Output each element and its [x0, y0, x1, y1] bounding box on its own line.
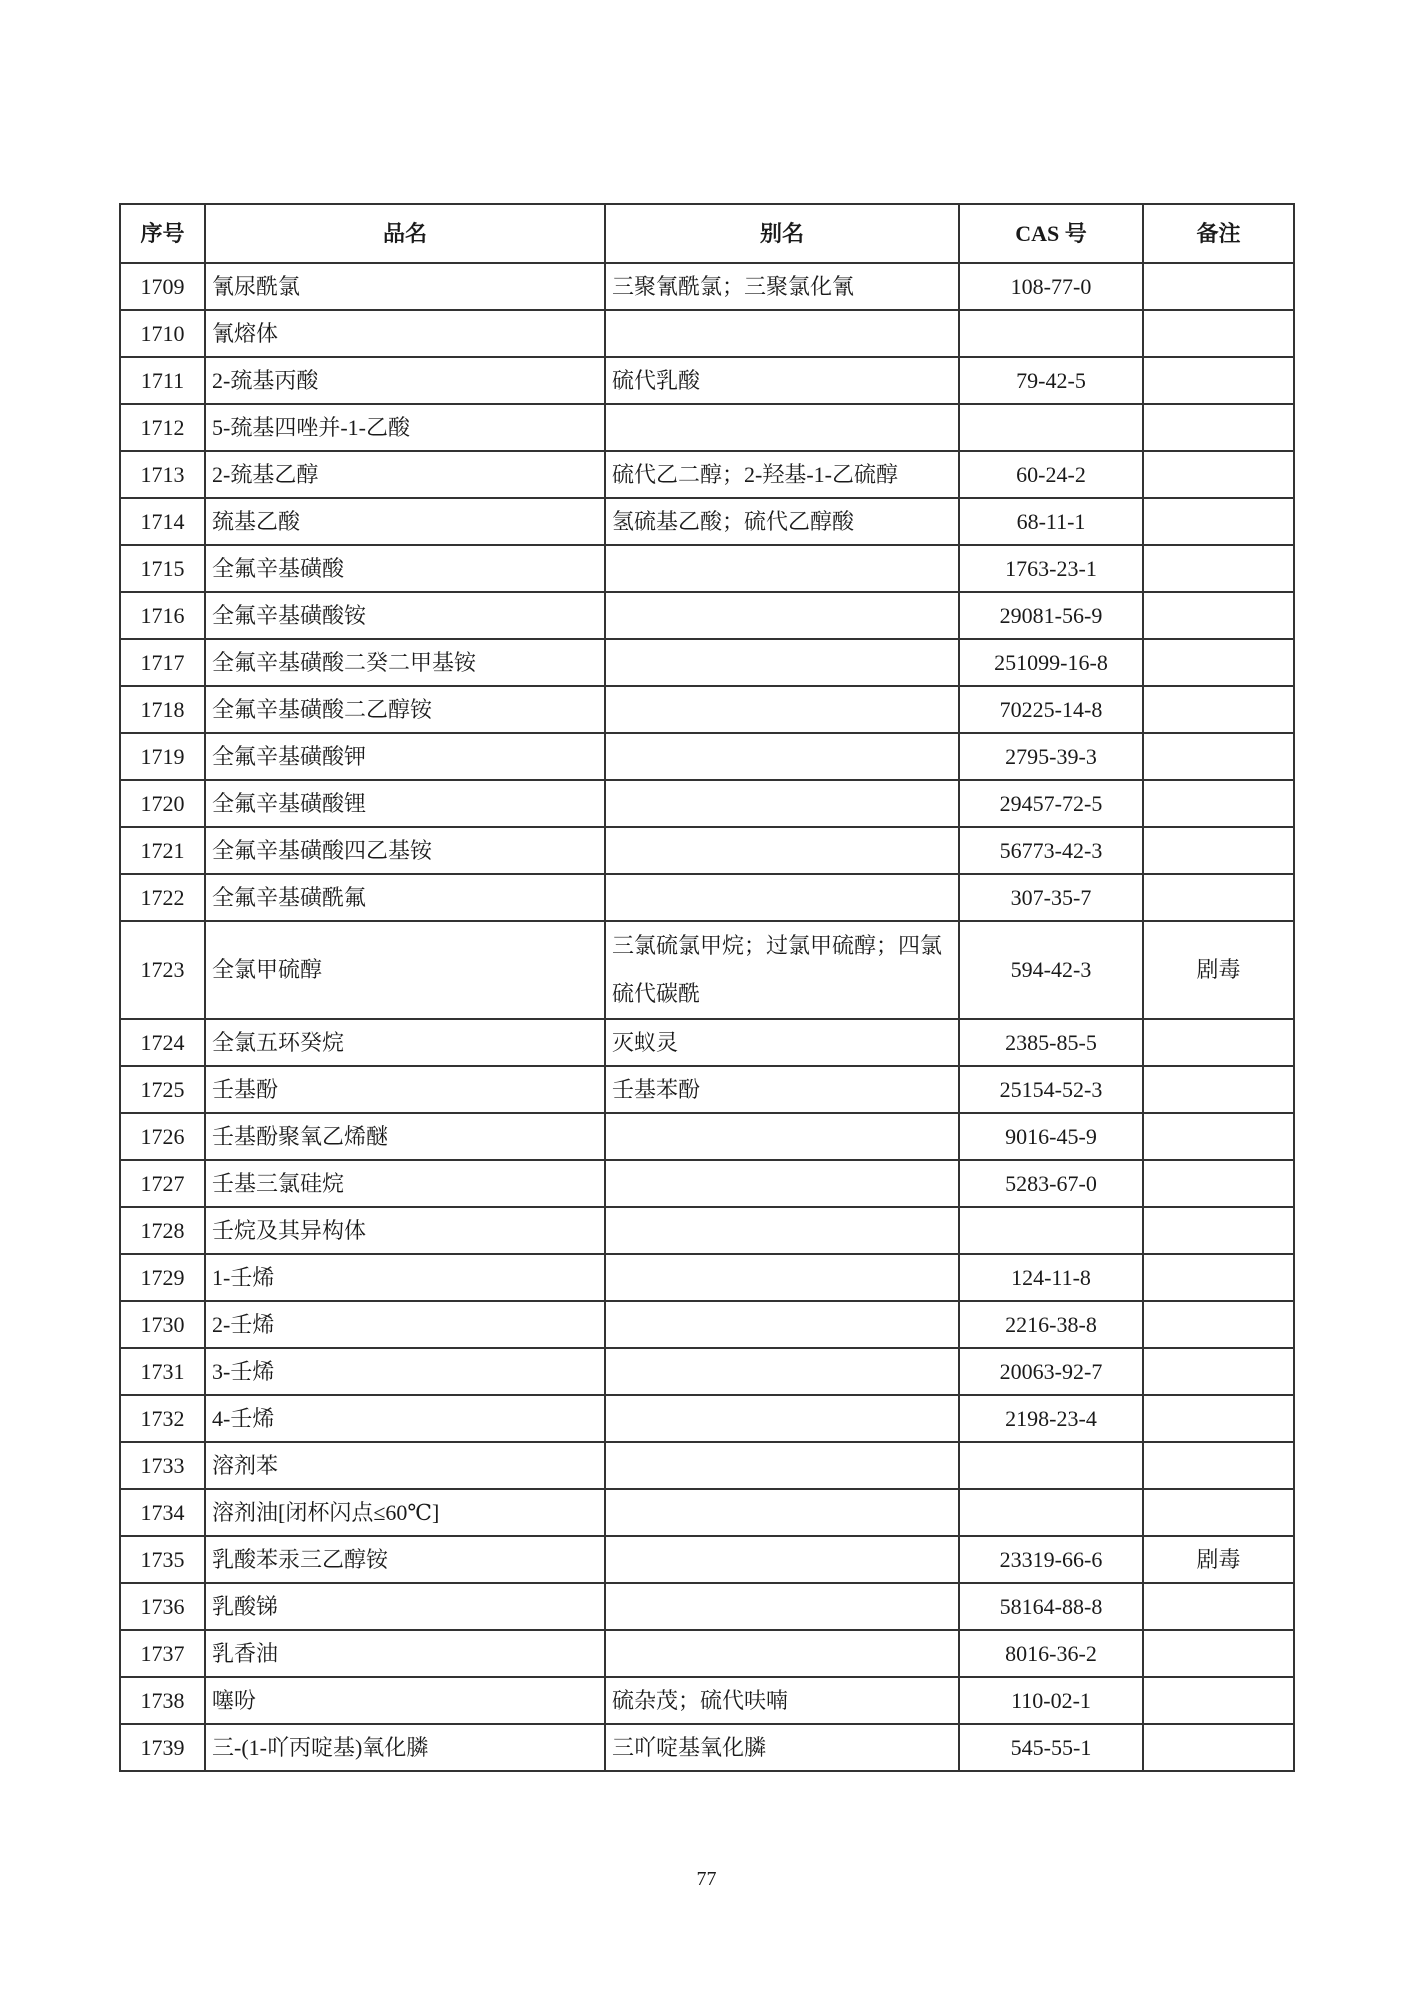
table-row: 1728壬烷及其异构体 [120, 1207, 1294, 1254]
cell-alias: 壬基苯酚 [605, 1066, 959, 1113]
cell-index: 1728 [120, 1207, 205, 1254]
cell-note [1143, 1630, 1294, 1677]
cell-name: 1-壬烯 [205, 1254, 605, 1301]
cell-index: 1731 [120, 1348, 205, 1395]
cell-alias [605, 1113, 959, 1160]
cell-note [1143, 1301, 1294, 1348]
table-row: 1727壬基三氯硅烷5283-67-0 [120, 1160, 1294, 1207]
cell-index: 1717 [120, 639, 205, 686]
cell-cas: 110-02-1 [959, 1677, 1143, 1724]
table-row: 1739三-(1-吖丙啶基)氧化膦三吖啶基氧化膦545-55-1 [120, 1724, 1294, 1771]
cell-note [1143, 1019, 1294, 1066]
cell-note [1143, 498, 1294, 545]
cell-index: 1733 [120, 1442, 205, 1489]
table-row: 1721全氟辛基磺酸四乙基铵56773-42-3 [120, 827, 1294, 874]
cell-alias [605, 1536, 959, 1583]
header-name: 品名 [205, 204, 605, 263]
cell-name: 3-壬烯 [205, 1348, 605, 1395]
cell-note [1143, 1113, 1294, 1160]
cell-note [1143, 263, 1294, 310]
cell-cas: 68-11-1 [959, 498, 1143, 545]
cell-index: 1735 [120, 1536, 205, 1583]
cell-alias: 氢硫基乙酸；硫代乙醇酸 [605, 498, 959, 545]
cell-index: 1715 [120, 545, 205, 592]
table-row: 1722全氟辛基磺酰氟307-35-7 [120, 874, 1294, 921]
cell-name: 2-壬烯 [205, 1301, 605, 1348]
cell-cas: 29081-56-9 [959, 592, 1143, 639]
cell-note [1143, 827, 1294, 874]
cell-index: 1716 [120, 592, 205, 639]
table-row: 1717全氟辛基磺酸二癸二甲基铵251099-16-8 [120, 639, 1294, 686]
table-row: 17112-巯基丙酸硫代乳酸79-42-5 [120, 357, 1294, 404]
cell-cas: 594-42-3 [959, 921, 1143, 1019]
table-row: 1719全氟辛基磺酸钾2795-39-3 [120, 733, 1294, 780]
cell-index: 1720 [120, 780, 205, 827]
cell-alias [605, 1254, 959, 1301]
cell-cas: 23319-66-6 [959, 1536, 1143, 1583]
cell-name: 全氟辛基磺酸四乙基铵 [205, 827, 605, 874]
cell-note [1143, 357, 1294, 404]
table-row: 17324-壬烯2198-23-4 [120, 1395, 1294, 1442]
cell-index: 1739 [120, 1724, 205, 1771]
table-row: 1735乳酸苯汞三乙醇铵23319-66-6剧毒 [120, 1536, 1294, 1583]
cell-index: 1730 [120, 1301, 205, 1348]
cell-index: 1738 [120, 1677, 205, 1724]
cell-alias [605, 1160, 959, 1207]
cell-alias: 三聚氰酰氯；三聚氯化氰 [605, 263, 959, 310]
cell-cas: 1763-23-1 [959, 545, 1143, 592]
cell-cas [959, 1489, 1143, 1536]
table-row: 1734溶剂油[闭杯闪点≤60℃] [120, 1489, 1294, 1536]
cell-cas: 108-77-0 [959, 263, 1143, 310]
cell-cas: 20063-92-7 [959, 1348, 1143, 1395]
cell-alias [605, 1630, 959, 1677]
cell-name: 5-巯基四唑并-1-乙酸 [205, 404, 605, 451]
table-row: 1709氰尿酰氯三聚氰酰氯；三聚氯化氰108-77-0 [120, 263, 1294, 310]
cell-cas [959, 1442, 1143, 1489]
cell-index: 1727 [120, 1160, 205, 1207]
table-row: 1716全氟辛基磺酸铵29081-56-9 [120, 592, 1294, 639]
cell-cas [959, 404, 1143, 451]
cell-note [1143, 1160, 1294, 1207]
cell-name: 壬基酚聚氧乙烯醚 [205, 1113, 605, 1160]
cell-note [1143, 1489, 1294, 1536]
cell-alias: 硫杂茂；硫代呋喃 [605, 1677, 959, 1724]
document-page: 序号 品名 别名 CAS 号 备注 1709氰尿酰氯三聚氰酰氯；三聚氯化氰108… [0, 0, 1413, 2000]
table-row: 1710氰熔体 [120, 310, 1294, 357]
cell-name: 全氯五环癸烷 [205, 1019, 605, 1066]
cell-note [1143, 1677, 1294, 1724]
cell-cas: 251099-16-8 [959, 639, 1143, 686]
cell-cas [959, 310, 1143, 357]
cell-alias [605, 1301, 959, 1348]
cell-index: 1737 [120, 1630, 205, 1677]
cell-name: 噻吩 [205, 1677, 605, 1724]
cell-index: 1713 [120, 451, 205, 498]
cell-cas: 29457-72-5 [959, 780, 1143, 827]
table-row: 1720全氟辛基磺酸锂29457-72-5 [120, 780, 1294, 827]
cell-index: 1736 [120, 1583, 205, 1630]
cell-name: 全氟辛基磺酸 [205, 545, 605, 592]
cell-name: 全氟辛基磺酸锂 [205, 780, 605, 827]
table-row: 1718全氟辛基磺酸二乙醇铵70225-14-8 [120, 686, 1294, 733]
cell-name: 乳酸锑 [205, 1583, 605, 1630]
cell-name: 巯基乙酸 [205, 498, 605, 545]
cell-index: 1718 [120, 686, 205, 733]
table-row: 1726壬基酚聚氧乙烯醚9016-45-9 [120, 1113, 1294, 1160]
cell-cas: 56773-42-3 [959, 827, 1143, 874]
cell-index: 1725 [120, 1066, 205, 1113]
header-index: 序号 [120, 204, 205, 263]
cell-alias [605, 1442, 959, 1489]
table-row: 17132-巯基乙醇硫代乙二醇；2-羟基-1-乙硫醇60-24-2 [120, 451, 1294, 498]
cell-name: 壬基三氯硅烷 [205, 1160, 605, 1207]
cell-index: 1723 [120, 921, 205, 1019]
cell-name: 全氟辛基磺酸二乙醇铵 [205, 686, 605, 733]
table-row: 1737乳香油8016-36-2 [120, 1630, 1294, 1677]
cell-note [1143, 545, 1294, 592]
cell-cas: 2385-85-5 [959, 1019, 1143, 1066]
cell-cas: 70225-14-8 [959, 686, 1143, 733]
table-row: 1714巯基乙酸氢硫基乙酸；硫代乙醇酸68-11-1 [120, 498, 1294, 545]
cell-index: 1709 [120, 263, 205, 310]
cell-name: 溶剂苯 [205, 1442, 605, 1489]
cell-alias [605, 1207, 959, 1254]
cell-index: 1729 [120, 1254, 205, 1301]
cell-note [1143, 639, 1294, 686]
cell-note [1143, 686, 1294, 733]
cell-alias [605, 686, 959, 733]
cell-name: 壬基酚 [205, 1066, 605, 1113]
page-number: 77 [0, 1868, 1413, 1891]
table-row: 1715全氟辛基磺酸1763-23-1 [120, 545, 1294, 592]
cell-index: 1710 [120, 310, 205, 357]
cell-note [1143, 1395, 1294, 1442]
table-row: 1738噻吩硫杂茂；硫代呋喃110-02-1 [120, 1677, 1294, 1724]
table-header-row: 序号 品名 别名 CAS 号 备注 [120, 204, 1294, 263]
cell-note [1143, 1207, 1294, 1254]
cell-alias: 硫代乳酸 [605, 357, 959, 404]
cell-alias: 灭蚁灵 [605, 1019, 959, 1066]
cell-name: 全氟辛基磺酸二癸二甲基铵 [205, 639, 605, 686]
cell-name: 全氟辛基磺酰氟 [205, 874, 605, 921]
cell-cas: 545-55-1 [959, 1724, 1143, 1771]
cell-cas: 60-24-2 [959, 451, 1143, 498]
cell-cas: 58164-88-8 [959, 1583, 1143, 1630]
cell-name: 全氟辛基磺酸铵 [205, 592, 605, 639]
cell-cas: 2198-23-4 [959, 1395, 1143, 1442]
cell-note [1143, 404, 1294, 451]
cell-note [1143, 1724, 1294, 1771]
cell-alias [605, 639, 959, 686]
cell-note: 剧毒 [1143, 1536, 1294, 1583]
cell-name: 乳酸苯汞三乙醇铵 [205, 1536, 605, 1583]
cell-name: 4-壬烯 [205, 1395, 605, 1442]
cell-alias [605, 592, 959, 639]
table-row: 1724全氯五环癸烷灭蚁灵2385-85-5 [120, 1019, 1294, 1066]
cell-alias [605, 827, 959, 874]
cell-cas: 8016-36-2 [959, 1630, 1143, 1677]
cell-note [1143, 874, 1294, 921]
cell-note [1143, 592, 1294, 639]
cell-note: 剧毒 [1143, 921, 1294, 1019]
cell-name: 三-(1-吖丙啶基)氧化膦 [205, 1724, 605, 1771]
cell-cas: 2216-38-8 [959, 1301, 1143, 1348]
cell-alias [605, 545, 959, 592]
header-note: 备注 [1143, 204, 1294, 263]
cell-alias [605, 733, 959, 780]
cell-alias [605, 1395, 959, 1442]
header-cas: CAS 号 [959, 204, 1143, 263]
cell-alias [605, 1348, 959, 1395]
cell-cas: 9016-45-9 [959, 1113, 1143, 1160]
cell-note [1143, 310, 1294, 357]
cell-name: 溶剂油[闭杯闪点≤60℃] [205, 1489, 605, 1536]
cell-alias [605, 1583, 959, 1630]
cell-note [1143, 733, 1294, 780]
cell-cas: 307-35-7 [959, 874, 1143, 921]
cell-note [1143, 1442, 1294, 1489]
cell-alias [605, 404, 959, 451]
cell-index: 1732 [120, 1395, 205, 1442]
cell-cas: 79-42-5 [959, 357, 1143, 404]
header-alias: 别名 [605, 204, 959, 263]
cell-cas: 25154-52-3 [959, 1066, 1143, 1113]
cell-index: 1711 [120, 357, 205, 404]
cell-index: 1726 [120, 1113, 205, 1160]
table-row: 17302-壬烯2216-38-8 [120, 1301, 1294, 1348]
cell-name: 全氯甲硫醇 [205, 921, 605, 1019]
cell-alias: 三吖啶基氧化膦 [605, 1724, 959, 1771]
cell-index: 1722 [120, 874, 205, 921]
cell-index: 1714 [120, 498, 205, 545]
cell-note [1143, 1254, 1294, 1301]
cell-index: 1712 [120, 404, 205, 451]
cell-index: 1724 [120, 1019, 205, 1066]
table-row: 17313-壬烯20063-92-7 [120, 1348, 1294, 1395]
cell-name: 氰熔体 [205, 310, 605, 357]
table-row: 1725壬基酚壬基苯酚25154-52-3 [120, 1066, 1294, 1113]
cell-alias [605, 310, 959, 357]
cell-alias: 三氯硫氯甲烷；过氯甲硫醇；四氯硫代碳酰 [605, 921, 959, 1019]
cell-name: 2-巯基乙醇 [205, 451, 605, 498]
cell-alias [605, 874, 959, 921]
cell-name: 壬烷及其异构体 [205, 1207, 605, 1254]
table-row: 1723全氯甲硫醇三氯硫氯甲烷；过氯甲硫醇；四氯硫代碳酰594-42-3剧毒 [120, 921, 1294, 1019]
table-row: 1733溶剂苯 [120, 1442, 1294, 1489]
cell-index: 1719 [120, 733, 205, 780]
table-row: 1736乳酸锑58164-88-8 [120, 1583, 1294, 1630]
cell-index: 1734 [120, 1489, 205, 1536]
cell-cas [959, 1207, 1143, 1254]
cell-name: 乳香油 [205, 1630, 605, 1677]
cell-name: 氰尿酰氯 [205, 263, 605, 310]
table-row: 17291-壬烯124-11-8 [120, 1254, 1294, 1301]
cell-alias [605, 1489, 959, 1536]
table-row: 17125-巯基四唑并-1-乙酸 [120, 404, 1294, 451]
cell-note [1143, 451, 1294, 498]
cell-alias [605, 780, 959, 827]
cell-cas: 5283-67-0 [959, 1160, 1143, 1207]
hazardous-chemicals-table: 序号 品名 别名 CAS 号 备注 1709氰尿酰氯三聚氰酰氯；三聚氯化氰108… [119, 203, 1295, 1772]
cell-cas: 124-11-8 [959, 1254, 1143, 1301]
cell-name: 2-巯基丙酸 [205, 357, 605, 404]
cell-alias: 硫代乙二醇；2-羟基-1-乙硫醇 [605, 451, 959, 498]
cell-note [1143, 1066, 1294, 1113]
cell-note [1143, 780, 1294, 827]
cell-cas: 2795-39-3 [959, 733, 1143, 780]
cell-index: 1721 [120, 827, 205, 874]
cell-name: 全氟辛基磺酸钾 [205, 733, 605, 780]
cell-note [1143, 1583, 1294, 1630]
cell-note [1143, 1348, 1294, 1395]
